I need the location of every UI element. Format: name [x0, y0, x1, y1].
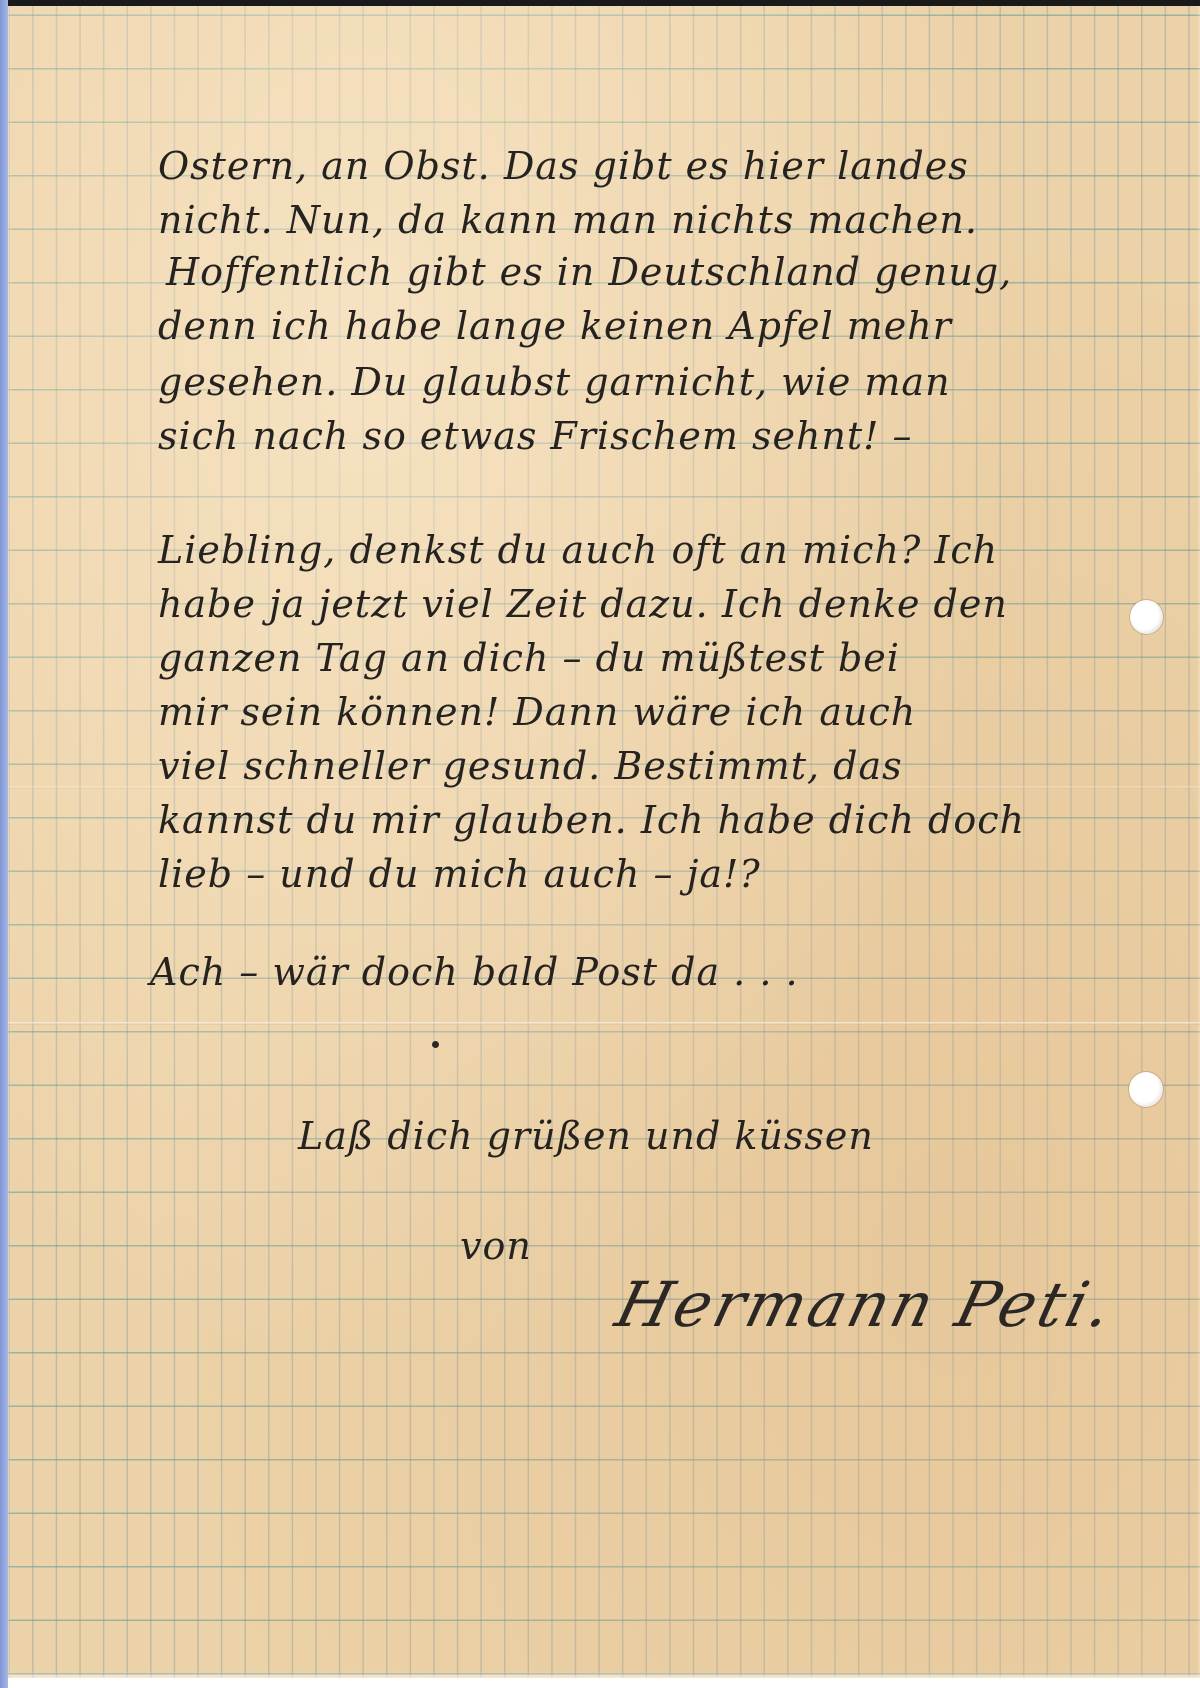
signature: Hermann Peti.	[609, 1268, 1122, 1341]
paper-fold-crease	[8, 1022, 1200, 1025]
letter-line: lieb – und du mich auch – ja!?	[158, 852, 761, 896]
closing-from: von	[460, 1224, 532, 1268]
letter-page: Ostern, an Obst. Das gibt es hier landes…	[8, 6, 1200, 1678]
letter-line: viel schneller gesund. Bestimmt, das	[158, 744, 903, 788]
punch-hole	[1130, 600, 1163, 634]
ink-dot	[432, 1041, 439, 1048]
letter-line: Ostern, an Obst. Das gibt es hier landes	[158, 144, 969, 188]
closing-greeting: Laß dich grüßen und küssen	[298, 1114, 874, 1158]
letter-line: nicht. Nun, da kann man nichts machen.	[158, 198, 978, 242]
punch-hole	[1129, 1072, 1163, 1107]
letter-line: kannst du mir glauben. Ich habe dich doc…	[158, 798, 1025, 842]
letter-line: habe ja jetzt viel Zeit dazu. Ich denke …	[158, 582, 1008, 626]
letter-line: denn ich habe lange keinen Apfel mehr	[158, 304, 952, 348]
letter-line: gesehen. Du glaubst garnicht, wie man	[158, 360, 951, 404]
letter-line: sich nach so etwas Frischem sehnt! –	[158, 414, 913, 458]
letter-line: mir sein können! Dann wäre ich auch	[158, 690, 916, 734]
letter-line: Liebling, denkst du auch oft an mich? Ic…	[158, 528, 998, 572]
letter-line: Hoffentlich gibt es in Deutschland genug…	[166, 250, 1012, 294]
letter-line: ganzen Tag an dich – du müßtest bei	[158, 636, 900, 680]
letter-line: Ach – wär doch bald Post da . . .	[150, 950, 799, 994]
scan-left-edge	[0, 0, 8, 1688]
